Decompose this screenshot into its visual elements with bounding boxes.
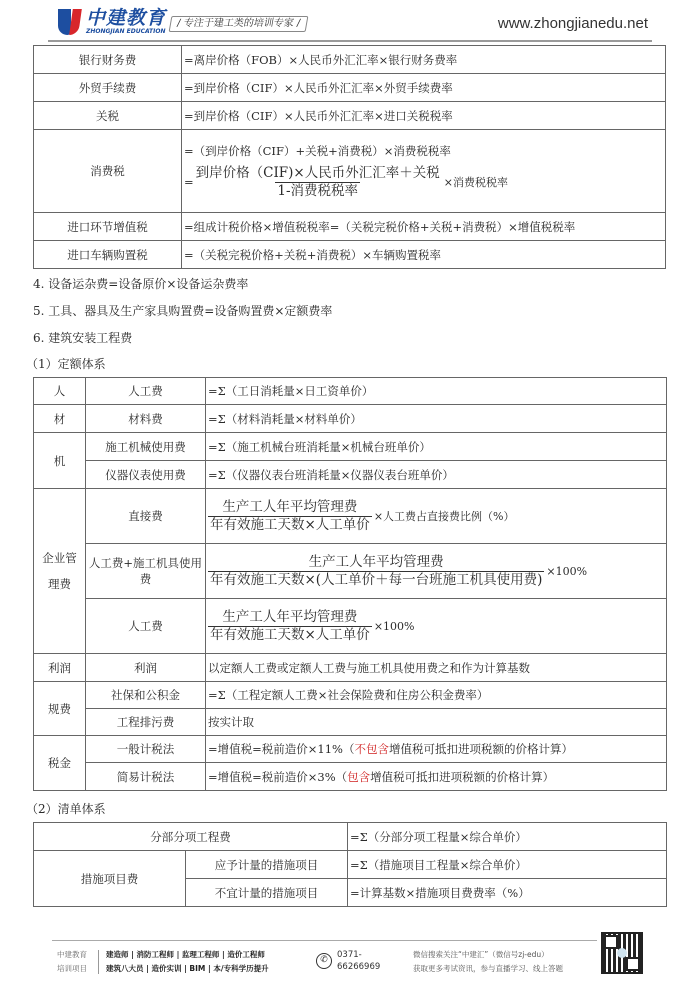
fraction-suffix: ×消费税税率 <box>444 174 508 190</box>
fraction-denominator: 年有效施工天数×人工单价 <box>208 626 372 644</box>
row-name: 利润 <box>86 654 206 682</box>
fraction-formula: = 到岸价格（CIF)×人民币外汇汇率＋关税 1-消费税税率 ×消费税税率 <box>184 165 663 200</box>
table-row: 材 材料费 =Σ（材料消耗量×材料单价） <box>34 405 667 433</box>
fraction-formula: 生产工人年平均管理费 年有效施工天数×人工单价 ×人工费占直接费比例（%） <box>208 499 664 534</box>
row-name: 应予计量的措施项目 <box>186 851 348 879</box>
logo-u-icon <box>58 9 80 35</box>
row-formula: =组成计税价格×增值税税率=（关税完税价格+关税+消费税）×增值税税率 <box>182 213 666 241</box>
row-formula: =到岸价格（CIF）×人民币外汇汇率×进口关税税率 <box>182 102 666 130</box>
group-label: 税金 <box>34 736 86 791</box>
row-name: 消费税 <box>34 130 182 213</box>
table-row: 规费 社保和公积金 =Σ（工程定额人工费×社会保险费和住房公积金费率） <box>34 682 667 709</box>
group-label: 利润 <box>34 654 86 682</box>
row-formula: =到岸价格（CIF）×人民币外汇汇率×外贸手续费率 <box>182 74 666 102</box>
table-row: 人工费+施工机具使用费 生产工人年平均管理费 年有效施工天数×(人工单价＋每一台… <box>34 544 667 599</box>
item-6: 6. 建筑安装工程费 <box>33 329 132 346</box>
table-row: 进口环节增值税 =组成计税价格×增值税税率=（关税完税价格+关税+消费税）×增值… <box>34 213 666 241</box>
row-formula: =（到岸价格（CIF）+关税+消费税）×消费税税率 <box>184 143 663 159</box>
row-name: 人工费 <box>86 599 206 654</box>
group-label: 机 <box>34 433 86 489</box>
table-row: 关税 =到岸价格（CIF）×人民币外汇汇率×进口关税税率 <box>34 102 666 130</box>
page-footer: 中建教育 培训项目 建造师 | 消防工程师 | 监理工程师 | 造价工程师 建筑… <box>0 948 700 988</box>
row-formula: 以定额人工费或定额人工费与施工机具使用费之和作为计算基数 <box>206 654 667 682</box>
fraction-numerator: 生产工人年平均管理费 <box>220 499 359 516</box>
row-name: 人工费+施工机具使用费 <box>86 544 206 599</box>
row-formula: =Σ（分部分项工程量×综合单价） <box>348 823 667 851</box>
row-name: 工程排污费 <box>86 709 206 736</box>
row-name: 直接费 <box>86 489 206 544</box>
row-name: 进口车辆购置税 <box>34 241 182 269</box>
row-name: 分部分项工程费 <box>34 823 348 851</box>
row-formula: 按实计取 <box>206 709 667 736</box>
fraction-numerator: 生产工人年平均管理费 <box>307 554 446 571</box>
row-name: 简易计税法 <box>86 763 206 791</box>
row-name: 施工机械使用费 <box>86 433 206 461</box>
fraction-suffix: ×100% <box>546 565 587 578</box>
row-name: 不宜计量的措施项目 <box>186 879 348 907</box>
table-row: 工程排污费 按实计取 <box>34 709 667 736</box>
group-label: 措施项目费 <box>34 851 186 907</box>
fraction-prefix: = <box>184 175 194 189</box>
fraction-denominator: 年有效施工天数×(人工单价＋每一台班施工机具使用费) <box>208 571 544 589</box>
fraction-numerator: 到岸价格（CIF)×人民币外汇汇率＋关税 <box>194 165 442 182</box>
footer-phone: 0371- 66266969 <box>337 949 380 973</box>
site-url: www.zhongjianedu.net <box>498 15 648 32</box>
fraction-formula: 生产工人年平均管理费 年有效施工天数×人工单价 ×100% <box>208 609 664 644</box>
bill-table: 分部分项工程费 =Σ（分部分项工程量×综合单价） 措施项目费 应予计量的措施项目… <box>33 822 667 907</box>
fraction-denominator: 1-消费税税率 <box>275 182 360 200</box>
row-formula: =Σ（措施项目工程量×综合单价） <box>348 851 667 879</box>
row-name: 外贸手续费 <box>34 74 182 102</box>
group-label: 企业管理费 <box>42 545 78 597</box>
fraction-numerator: 生产工人年平均管理费 <box>220 609 359 626</box>
fraction-suffix: ×人工费占直接费比例（%） <box>374 508 515 524</box>
row-formula: =Σ（施工机械台班消耗量×机械台班单价） <box>206 433 667 461</box>
table-row: 分部分项工程费 =Σ（分部分项工程量×综合单价） <box>34 823 667 851</box>
table-row: 简易计税法 =增值税=税前造价×3%（包含增值税可抵扣进项税额的价格计算） <box>34 763 667 791</box>
row-formula: =（关税完税价格+关税+消费税）×车辆购置税率 <box>182 241 666 269</box>
row-name: 社保和公积金 <box>86 682 206 709</box>
highlight-text: 不包含 <box>354 742 389 756</box>
table-row: 外贸手续费 =到岸价格（CIF）×人民币外汇汇率×外贸手续费率 <box>34 74 666 102</box>
footer-wechat: 微信搜索关注“中建汇”（微信号zj-edu） 获取更多考试资讯，参与直播学习、线… <box>413 948 563 976</box>
row-name: 银行财务费 <box>34 46 182 74</box>
row-formula: =Σ（仪器仪表台班消耗量×仪器仪表台班单价） <box>206 461 667 489</box>
logo-cn-text: 中建教育 <box>86 8 166 28</box>
slogan: / 专注于建工类的培训专家 / <box>169 16 309 32</box>
fraction-formula: 生产工人年平均管理费 年有效施工天数×(人工单价＋每一台班施工机具使用费) ×1… <box>208 554 664 589</box>
row-name: 一般计税法 <box>86 736 206 763</box>
header-divider <box>48 40 652 42</box>
row-name: 材料费 <box>86 405 206 433</box>
item-4: 4. 设备运杂费=设备原价×设备运杂费率 <box>33 275 248 292</box>
row-formula: =Σ（工日消耗量×日工资单价） <box>206 378 667 405</box>
group-label: 人 <box>34 378 86 405</box>
table-row: 进口车辆购置税 =（关税完税价格+关税+消费税）×车辆购置税率 <box>34 241 666 269</box>
group-label: 材 <box>34 405 86 433</box>
import-fee-table: 银行财务费 =离岸价格（FOB）×人民币外汇汇率×银行财务费率 外贸手续费 =到… <box>33 45 666 269</box>
item-5: 5. 工具、器具及生产家具购置费=设备购置费×定额费率 <box>33 302 332 319</box>
footer-divider <box>52 940 597 941</box>
table-row: 措施项目费 应予计量的措施项目 =Σ（措施项目工程量×综合单价） <box>34 851 667 879</box>
row-formula: =计算基数×措施项目费费率（%） <box>348 879 667 907</box>
logo-en-text: ZHONGJIAN EDUCATION <box>86 28 166 35</box>
row-formula: =增值税=税前造价×11%（不包含增值税可抵扣进项税额的价格计算） <box>206 736 667 763</box>
table-row: 银行财务费 =离岸价格（FOB）×人民币外汇汇率×银行财务费率 <box>34 46 666 74</box>
subheading-quota: （1）定额体系 <box>26 355 106 372</box>
table-row: 仪器仪表使用费 =Σ（仪器仪表台班消耗量×仪器仪表台班单价） <box>34 461 667 489</box>
page-header: 中建教育 ZHONGJIAN EDUCATION / 专注于建工类的培训专家 /… <box>0 0 700 44</box>
row-formula: =增值税=税前造价×3%（包含增值税可抵扣进项税额的价格计算） <box>206 763 667 791</box>
phone-icon: ✆ <box>316 953 332 969</box>
table-row: 消费税 =（到岸价格（CIF）+关税+消费税）×消费税税率 = 到岸价格（CIF… <box>34 130 666 213</box>
row-name: 进口环节增值税 <box>34 213 182 241</box>
table-row: 人工费 生产工人年平均管理费 年有效施工天数×人工单价 ×100% <box>34 599 667 654</box>
footer-projects: 建造师 | 消防工程师 | 监理工程师 | 造价工程师 建筑八大员 | 造价实训… <box>106 948 269 976</box>
footer-brand: 中建教育 培训项目 <box>57 948 87 976</box>
row-name: 关税 <box>34 102 182 130</box>
row-formula: =离岸价格（FOB）×人民币外汇汇率×银行财务费率 <box>182 46 666 74</box>
row-formula: =Σ（材料消耗量×材料单价） <box>206 405 667 433</box>
row-name: 人工费 <box>86 378 206 405</box>
subheading-bill: （2）清单体系 <box>26 800 106 817</box>
fraction-denominator: 年有效施工天数×人工单价 <box>208 516 372 534</box>
row-formula: =Σ（工程定额人工费×社会保险费和住房公积金费率） <box>206 682 667 709</box>
group-label: 规费 <box>34 682 86 736</box>
qr-code-icon <box>601 932 643 974</box>
highlight-text: 包含 <box>347 770 370 784</box>
table-row: 利润 利润 以定额人工费或定额人工费与施工机具使用费之和作为计算基数 <box>34 654 667 682</box>
table-row: 机 施工机械使用费 =Σ（施工机械台班消耗量×机械台班单价） <box>34 433 667 461</box>
row-name: 仪器仪表使用费 <box>86 461 206 489</box>
fraction-suffix: ×100% <box>374 620 415 633</box>
table-row: 人 人工费 =Σ（工日消耗量×日工资单价） <box>34 378 667 405</box>
table-row: 企业管理费 直接费 生产工人年平均管理费 年有效施工天数×人工单价 ×人工费占直… <box>34 489 667 544</box>
table-row: 税金 一般计税法 =增值税=税前造价×11%（不包含增值税可抵扣进项税额的价格计… <box>34 736 667 763</box>
footer-separator <box>98 950 99 974</box>
quota-table: 人 人工费 =Σ（工日消耗量×日工资单价） 材 材料费 =Σ（材料消耗量×材料单… <box>33 377 667 791</box>
brand-logo: 中建教育 ZHONGJIAN EDUCATION <box>58 8 166 35</box>
